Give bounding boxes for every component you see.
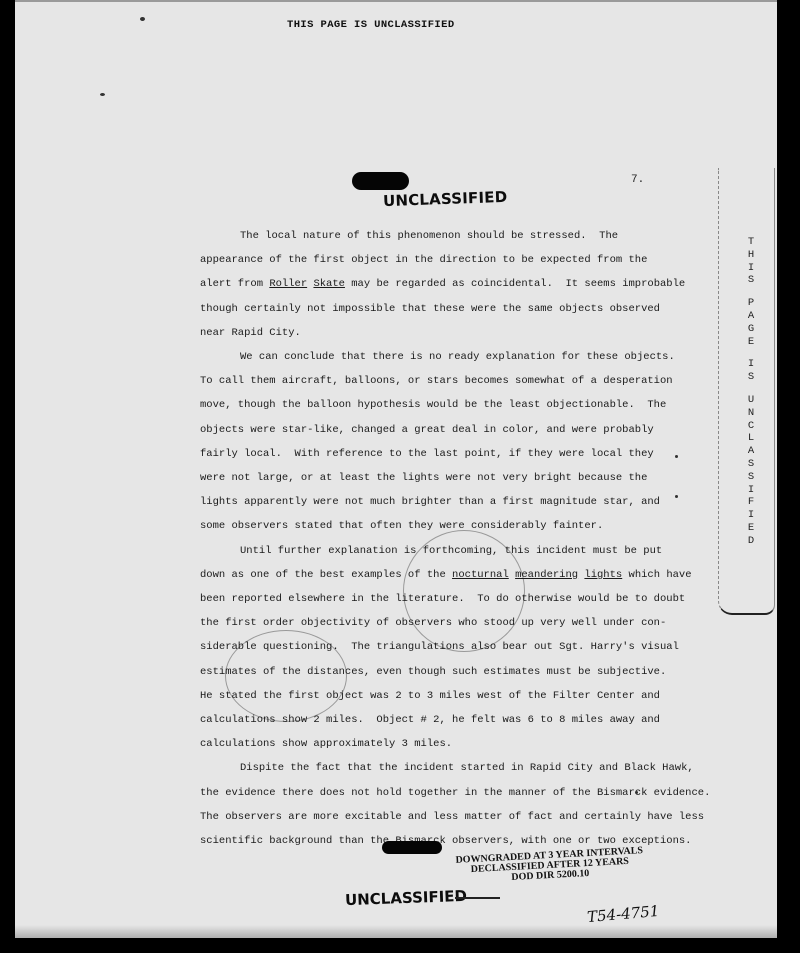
body-line: lights apparently were not much brighter… [200, 490, 660, 514]
body-line: siderable questioning. The triangulation… [200, 635, 660, 659]
underlined-term: meandering [515, 569, 578, 581]
body-line: were not large, or at least the lights w… [200, 466, 660, 490]
redaction-mark-bottom [382, 841, 442, 854]
underlined-term: lights [584, 569, 622, 581]
body-line: calculations show 2 miles. Object # 2, h… [200, 708, 660, 732]
classification-stamp-top: UNCLASSIFIED [383, 188, 508, 210]
side-letter: E [744, 336, 758, 349]
body-line: objects were star-like, changed a great … [200, 418, 660, 442]
body-line: near Rapid City. [200, 321, 660, 345]
side-letter: N [744, 407, 758, 420]
body-line: the first order objectivity of observers… [200, 611, 660, 635]
body-line: To call them aircraft, balloons, or star… [200, 369, 660, 393]
side-letter: D [744, 535, 758, 548]
scan-speck [140, 17, 145, 21]
text-run: which have [622, 569, 691, 581]
text-run: down as one of the best examples of the [200, 569, 452, 581]
side-letter: I [744, 262, 758, 275]
side-letter: C [744, 420, 758, 433]
side-gap [744, 384, 758, 394]
side-letter: I [744, 509, 758, 522]
body-line: alert from Roller Skate may be regarded … [200, 272, 660, 296]
side-letter: S [744, 371, 758, 384]
dash-mark [455, 897, 500, 899]
body-line: estimates of the distances, even though … [200, 660, 660, 684]
body-line: the evidence there does not hold togethe… [200, 781, 660, 805]
side-letter: S [744, 458, 758, 471]
scan-bottom-shadow [15, 925, 777, 938]
body-line: calculations show approximately 3 miles. [200, 732, 660, 756]
body-line: fairly local. With reference to the last… [200, 442, 660, 466]
side-letter: S [744, 471, 758, 484]
page-top-edge [15, 0, 777, 2]
scan-speck [675, 495, 678, 498]
side-letter: E [744, 522, 758, 535]
underlined-term: Skate [313, 278, 345, 290]
page-header: THIS PAGE IS UNCLASSIFIED [287, 19, 455, 31]
scan-speck [635, 791, 638, 794]
side-letter: A [744, 310, 758, 323]
body-line: He stated the first object was 2 to 3 mi… [200, 684, 660, 708]
body-line: Dispite the fact that the incident start… [200, 756, 660, 780]
side-letter: A [744, 445, 758, 458]
document-body: The local nature of this phenomenon shou… [200, 224, 660, 853]
body-line: Until further explanation is forthcoming… [200, 539, 660, 563]
side-letter: F [744, 496, 758, 509]
body-line: The observers are more excitable and les… [200, 805, 660, 829]
side-letter: I [744, 358, 758, 371]
scan-border-bottom [0, 938, 800, 953]
side-letter: L [744, 432, 758, 445]
handwritten-document-id: T54-4751 [586, 902, 660, 926]
side-gap [744, 287, 758, 297]
side-classification-stamp: T H I S P A G E I S U N C L A S S I F I … [744, 236, 758, 548]
redaction-mark-top [352, 172, 409, 190]
scan-speck [100, 93, 105, 96]
side-letter: U [744, 394, 758, 407]
body-line: The local nature of this phenomenon shou… [200, 224, 660, 248]
body-line: appearance of the first object in the di… [200, 248, 660, 272]
body-line: though certainly not impossible that the… [200, 297, 660, 321]
classification-stamp-bottom: UNCLASSIFIED [345, 887, 468, 909]
body-line: down as one of the best examples of the … [200, 563, 660, 587]
side-letter: I [744, 484, 758, 497]
body-line: some observers stated that often they we… [200, 514, 660, 538]
document-page: THIS PAGE IS UNCLASSIFIED 7. UNCLASSIFIE… [15, 0, 777, 938]
side-letter: T [744, 236, 758, 249]
side-letter: S [744, 274, 758, 287]
text-run: alert from [200, 278, 269, 290]
body-line: move, though the balloon hypothesis woul… [200, 393, 660, 417]
underlined-term: nocturnal [452, 569, 509, 581]
text-run: may be regarded as coincidental. It seem… [345, 278, 685, 290]
underlined-term: Roller [269, 278, 307, 290]
side-letter: P [744, 297, 758, 310]
body-line: We can conclude that there is no ready e… [200, 345, 660, 369]
body-line: been reported elsewhere in the literatur… [200, 587, 660, 611]
scan-border-right [777, 0, 800, 953]
side-letter: H [744, 249, 758, 262]
scan-speck [675, 455, 678, 458]
side-letter: G [744, 323, 758, 336]
side-gap [744, 348, 758, 358]
page-number: 7. [631, 174, 644, 186]
